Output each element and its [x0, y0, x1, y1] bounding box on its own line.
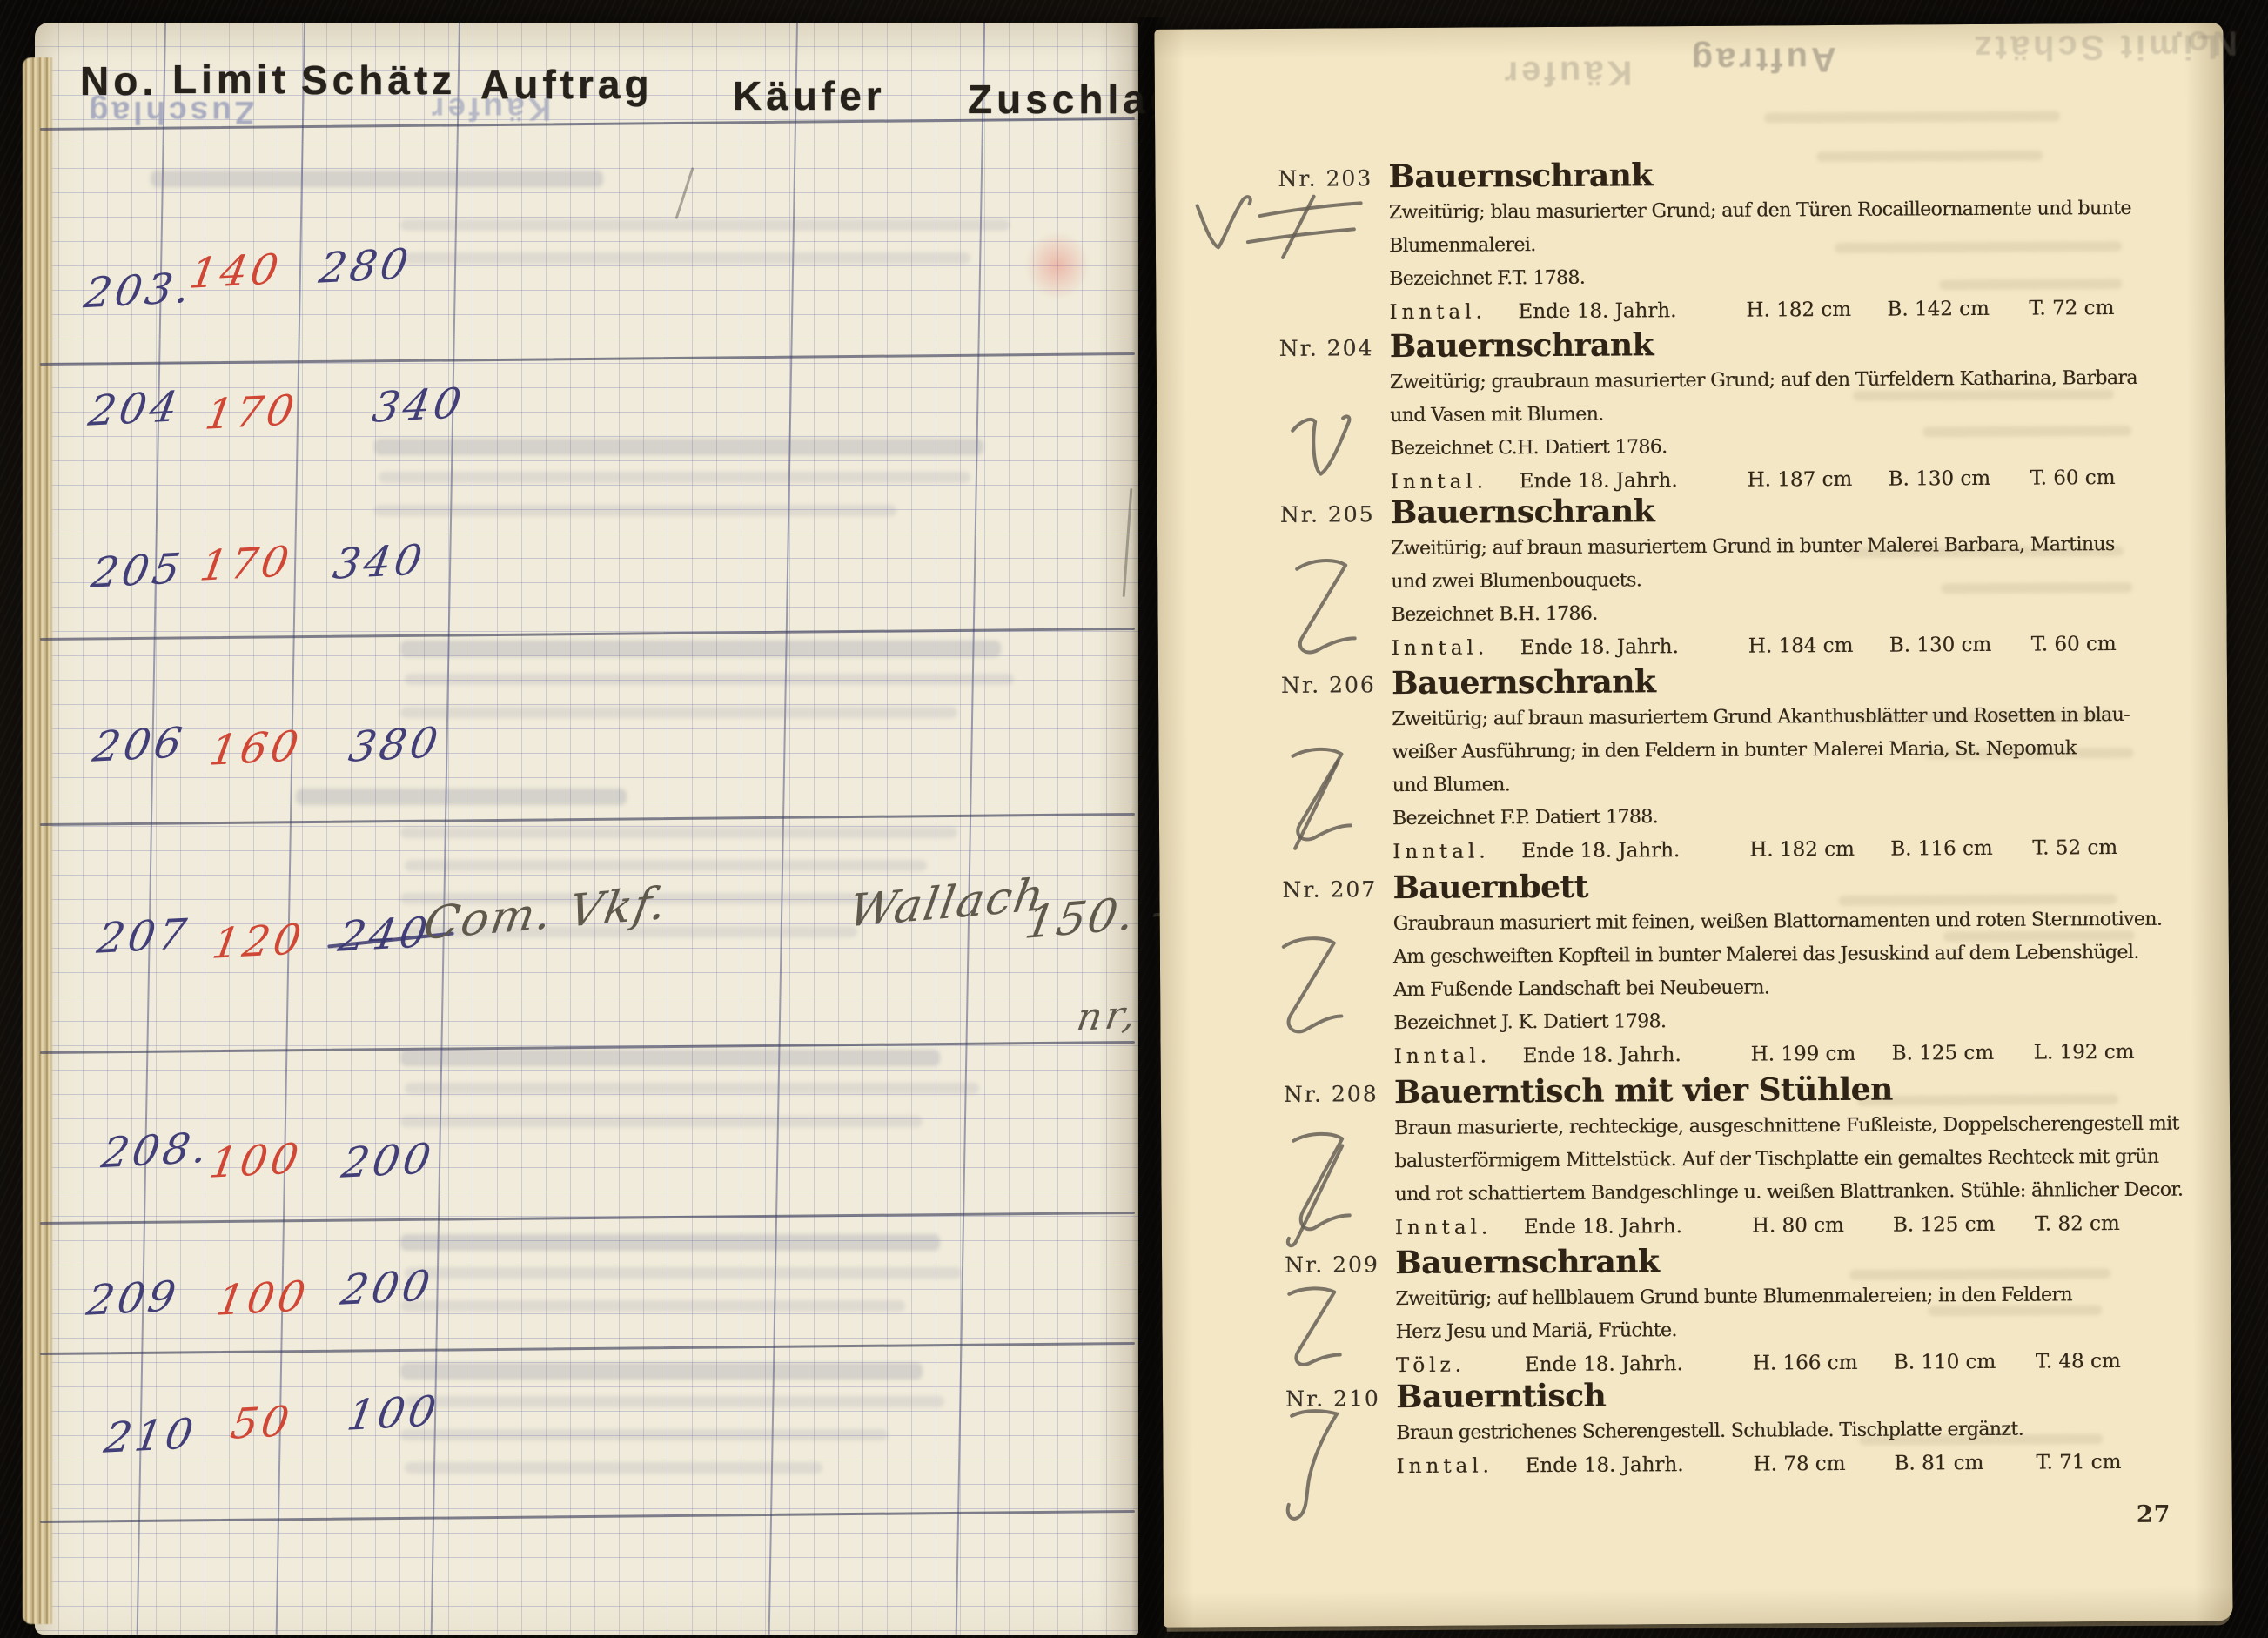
entry-description: Blumenmalerei. [1389, 225, 2155, 263]
pencil-stroke [674, 167, 694, 219]
entry-dim-h: H. 166 cm [1753, 1346, 1894, 1380]
ghost-text: Auftrag [1688, 39, 1835, 79]
limit-value: 50 [227, 1397, 296, 1449]
pencil-mark-icon [1285, 553, 1364, 667]
lot-number: 210 [101, 1409, 200, 1462]
limit-value: 100 [206, 1134, 305, 1187]
entry-description: und zwei Blumenbouquets. [1391, 561, 2157, 599]
pencil-mark-icon [1278, 742, 1362, 856]
entry-title: Bauernschrank [1388, 154, 2154, 197]
ledger-column-rule [956, 23, 985, 1635]
entry-description: Zweitürig; blau masurierter Grund; auf d… [1389, 192, 2155, 230]
entry-description: weißer Ausführung; in den Feldern in bun… [1392, 732, 2157, 769]
entry-origin: Inntal. [1389, 295, 1518, 329]
estimate-value: 340 [330, 535, 429, 588]
bleed-smudge [405, 1462, 822, 1474]
bleed-smudge [400, 827, 957, 838]
bleed-smudge [405, 1083, 979, 1094]
limit-value: 170 [197, 537, 296, 590]
entry-inscription: Bezeichnet B.H. 1786. [1391, 594, 2157, 632]
lot-number: 205 [88, 544, 187, 597]
entry-title: Bauerntisch mit vier Stühlen [1394, 1070, 2160, 1112]
entry-period: Ende 18. Jahrh. [1523, 1038, 1751, 1073]
entry-number: Nr. 205 [1280, 501, 1375, 527]
bleed-smudge [374, 439, 983, 455]
lot-number: 207 [94, 910, 193, 963]
red-ink-smudge [1025, 232, 1090, 299]
bleed-smudge [1764, 111, 2060, 123]
ledger-row-separator [40, 628, 1135, 641]
bleed-smudge [400, 1116, 923, 1127]
entry-description: Braun gestrichenes Scherengestell. Schub… [1396, 1413, 2162, 1450]
estimate-value: 100 [344, 1386, 443, 1440]
catalog-entry: Nr. 203 Bauernschrank Zweitürig; blau ma… [1388, 154, 2155, 329]
bleed-smudge [400, 219, 1010, 231]
catalog-entry: Nr. 210 Bauerntisch Braun gestrichenes S… [1396, 1374, 2163, 1483]
entry-inscription: Bezeichnet F.P. Datiert 1788. [1392, 798, 2158, 836]
entry-dimensions: Inntal. Ende 18. Jahrh. H. 199 cm B. 125… [1394, 1036, 2160, 1073]
entry-description: Zweitürig; auf braun masuriertem Grund A… [1392, 699, 2157, 736]
entry-number: Nr. 207 [1282, 876, 1377, 903]
entry-description: Herz Jesu und Mariä, Früchte. [1395, 1312, 2161, 1349]
catalog-page: Auftrag Käufer Limit Schätz No. [1154, 23, 2232, 1627]
limit-value: 100 [213, 1272, 312, 1325]
entry-number: Nr. 208 [1284, 1081, 1379, 1107]
entry-dimensions: Inntal. Ende 18. Jahrh. H. 78 cm B. 81 c… [1396, 1446, 2162, 1483]
ghost-text: No. [2171, 23, 2238, 62]
entry-description: Zweitürig; graubraun masurierter Grund; … [1390, 362, 2156, 399]
lot-number: 208. [98, 1124, 214, 1178]
catalog-entry: Nr. 209 Bauernschrank Zweitürig; auf hel… [1395, 1240, 2162, 1382]
estimate-value: 200 [339, 1134, 438, 1187]
limit-value: 170 [202, 386, 301, 439]
lot-number: 209 [84, 1272, 183, 1325]
entry-description: Zweitürig; auf braun masuriertem Grund i… [1391, 528, 2157, 566]
entry-dim-h: H. 182 cm [1746, 293, 1887, 327]
entry-dim-b: B. 125 cm [1893, 1208, 2035, 1242]
bleed-smudge [405, 252, 970, 264]
ledger-row-separator [40, 1342, 1135, 1355]
entry-title: Bauernschrank [1391, 490, 2157, 533]
estimate-value: 200 [338, 1261, 437, 1314]
entry-description: Am geschweiften Kopfteil in bunter Maler… [1393, 936, 2159, 974]
ledger-row-separator [40, 1510, 1135, 1523]
pencil-mark-icon [1285, 409, 1356, 492]
entry-inscription: Bezeichnet C.H. Datiert 1786. [1390, 428, 2156, 466]
entry-period: Ende 18. Jahrh. [1518, 294, 1746, 329]
entry-dim-h: H. 182 cm [1749, 833, 1890, 867]
entry-origin: Inntal. [1396, 1449, 1525, 1483]
entry-dim-h: H. 78 cm [1753, 1447, 1894, 1481]
entry-title: Bauernschrank [1392, 661, 2157, 703]
bleed-smudge [400, 1429, 888, 1440]
pencil-mark-icon [1283, 1403, 1353, 1529]
entry-title: Bauernschrank [1395, 1240, 2161, 1283]
entry-origin: Inntal. [1392, 835, 1521, 869]
entry-description: Zweitürig; auf hellblauem Grund bunte Bl… [1395, 1279, 2161, 1316]
auction-book-photo: No. Limit Schätz Auftrag Käufer Zuschlag… [0, 0, 2268, 1638]
bleed-smudge [151, 171, 603, 187]
entry-period: Ende 18. Jahrh. [1524, 1210, 1752, 1245]
entry-number: Nr. 206 [1281, 672, 1376, 698]
entry-description: Braun masurierte, rechteckige, ausgeschn… [1394, 1108, 2160, 1145]
bleed-smudge [400, 1300, 905, 1312]
pencil-mark-icon [1273, 929, 1352, 1044]
ledger-row-separator [40, 352, 1135, 366]
bleed-smudge [400, 1363, 923, 1380]
bleed-smudge [400, 707, 957, 718]
entry-dim-t: T. 71 cm [2036, 1446, 2162, 1480]
bleed-smudge [379, 472, 970, 483]
commission-note: Com. Vkf. [420, 877, 672, 950]
entry-period: Ende 18. Jahrh. [1520, 630, 1748, 665]
entry-title: Bauerntisch [1396, 1374, 2162, 1417]
bleed-smudge [374, 505, 896, 516]
entry-origin: Inntal. [1395, 1211, 1524, 1245]
ghost-text: Käufer [428, 91, 551, 127]
catalog-entry: Nr. 208 Bauerntisch mit vier Stühlen Bra… [1394, 1070, 2161, 1245]
limit-value: 140 [186, 245, 285, 298]
limit-value: 160 [206, 722, 305, 775]
entry-description: und Vasen mit Blumen. [1390, 395, 2156, 433]
entry-dimensions: Inntal. Ende 18. Jahrh. H. 182 cm B. 116… [1392, 831, 2158, 869]
entry-dim-t: T. 52 cm [2032, 831, 2158, 865]
lot-number: 204 [85, 382, 185, 435]
entry-dim-h: H. 184 cm [1748, 629, 1889, 663]
bleed-smudge [405, 1267, 962, 1279]
limit-value: 120 [209, 915, 308, 968]
ledger-page: No. Limit Schätz Auftrag Käufer Zuschlag… [35, 23, 1138, 1635]
bleed-smudge [400, 641, 1001, 657]
buyer-name: Wallach [845, 869, 1049, 937]
entry-dim-t: T. 72 cm [2029, 292, 2155, 326]
entry-origin: Inntal. [1394, 1039, 1523, 1073]
entry-dim-b: B. 116 cm [1890, 832, 2032, 866]
estimate-value: 280 [316, 239, 415, 292]
entry-dim-b: B. 125 cm [1891, 1037, 2033, 1071]
estimate-value: 380 [346, 718, 445, 771]
estimate-value: 340 [369, 379, 468, 432]
entry-dim-b: B. 142 cm [1887, 292, 2029, 326]
catalog-entry: Nr. 204 Bauernschrank Zweitürig; graubra… [1390, 324, 2157, 499]
entry-dim-b: B. 130 cm [1889, 628, 2031, 662]
entry-number: Nr. 209 [1285, 1252, 1379, 1278]
entry-description: Graubraun masuriert mit feinen, weißen B… [1393, 903, 2159, 941]
entry-inscription: Bezeichnet F.T. 1788. [1389, 258, 2155, 296]
bleed-smudge [296, 789, 627, 805]
pencil-mark-icon [1280, 1281, 1351, 1373]
entry-dimensions: Inntal. Ende 18. Jahrh. H. 184 cm B. 130… [1392, 628, 2157, 665]
pencil-mark-icon [1281, 1124, 1365, 1252]
entry-origin: Inntal. [1392, 631, 1520, 665]
ledger-header-kaeufer: Käufer [733, 72, 886, 119]
entry-period: Ende 18. Jahrh. [1521, 834, 1749, 869]
bleed-smudge [405, 1396, 944, 1407]
entry-inscription: Bezeichnet J. K. Datiert 1798. [1393, 1003, 2159, 1040]
lot-number: 203. [81, 264, 197, 318]
lot-number: 206 [90, 718, 189, 771]
entry-number: Nr. 210 [1285, 1386, 1380, 1412]
entry-title: Bauernschrank [1390, 324, 2156, 366]
pencil-mark-icon [1191, 187, 1365, 271]
catalog-entry: Nr. 207 Bauernbett Graubraun masuriert m… [1392, 865, 2159, 1073]
entry-dim-b: B. 81 cm [1894, 1447, 2036, 1480]
bleed-smudge [400, 1050, 940, 1066]
entry-description: balusterförmigem Mittelstück. Auf der Ti… [1394, 1141, 2160, 1178]
entry-number: Nr. 203 [1278, 165, 1372, 191]
entry-description: Am Fußende Landschaft bei Neubeuern. [1393, 970, 2159, 1007]
entry-dim-t: T. 48 cm [2036, 1345, 2162, 1379]
entry-dim-h: H. 199 cm [1750, 1037, 1891, 1071]
catalog-entry: Nr. 205 Bauernschrank Zweitürig; auf bra… [1391, 490, 2157, 665]
entry-title: Bauernbett [1392, 865, 2158, 908]
entry-description: und Blumen. [1392, 765, 2158, 802]
entry-number: Nr. 204 [1279, 335, 1374, 361]
entry-dim-t: T. 82 cm [2035, 1207, 2161, 1241]
entry-dim-t: T. 60 cm [2031, 628, 2157, 661]
ledger-row-separator [40, 1212, 1135, 1225]
entry-origin: Tölz. [1396, 1348, 1525, 1382]
ledger-column-rule [137, 23, 166, 1635]
bleed-smudge [405, 674, 1014, 685]
page-edge-stack [23, 57, 52, 1624]
entry-period: Ende 18. Jahrh. [1525, 1448, 1753, 1483]
entry-dim-h: H. 80 cm [1752, 1209, 1893, 1243]
catalog-entry: Nr. 206 Bauernschrank Zweitürig; auf bra… [1392, 661, 2158, 869]
bleed-smudge [400, 1234, 940, 1251]
ghost-text: Zuschlag [85, 94, 254, 131]
entry-dim-b: B. 110 cm [1894, 1346, 2036, 1380]
ghost-text: Käufer [1501, 52, 1633, 92]
bleed-smudge [405, 860, 927, 871]
page-number: 27 [2137, 1501, 2171, 1528]
entry-dimensions: Inntal. Ende 18. Jahrh. H. 80 cm B. 125 … [1395, 1207, 2161, 1245]
entry-description: und rot schattiertem Bandgeschlinge u. w… [1394, 1174, 2160, 1212]
entry-dim-l: L. 192 cm [2033, 1036, 2159, 1070]
